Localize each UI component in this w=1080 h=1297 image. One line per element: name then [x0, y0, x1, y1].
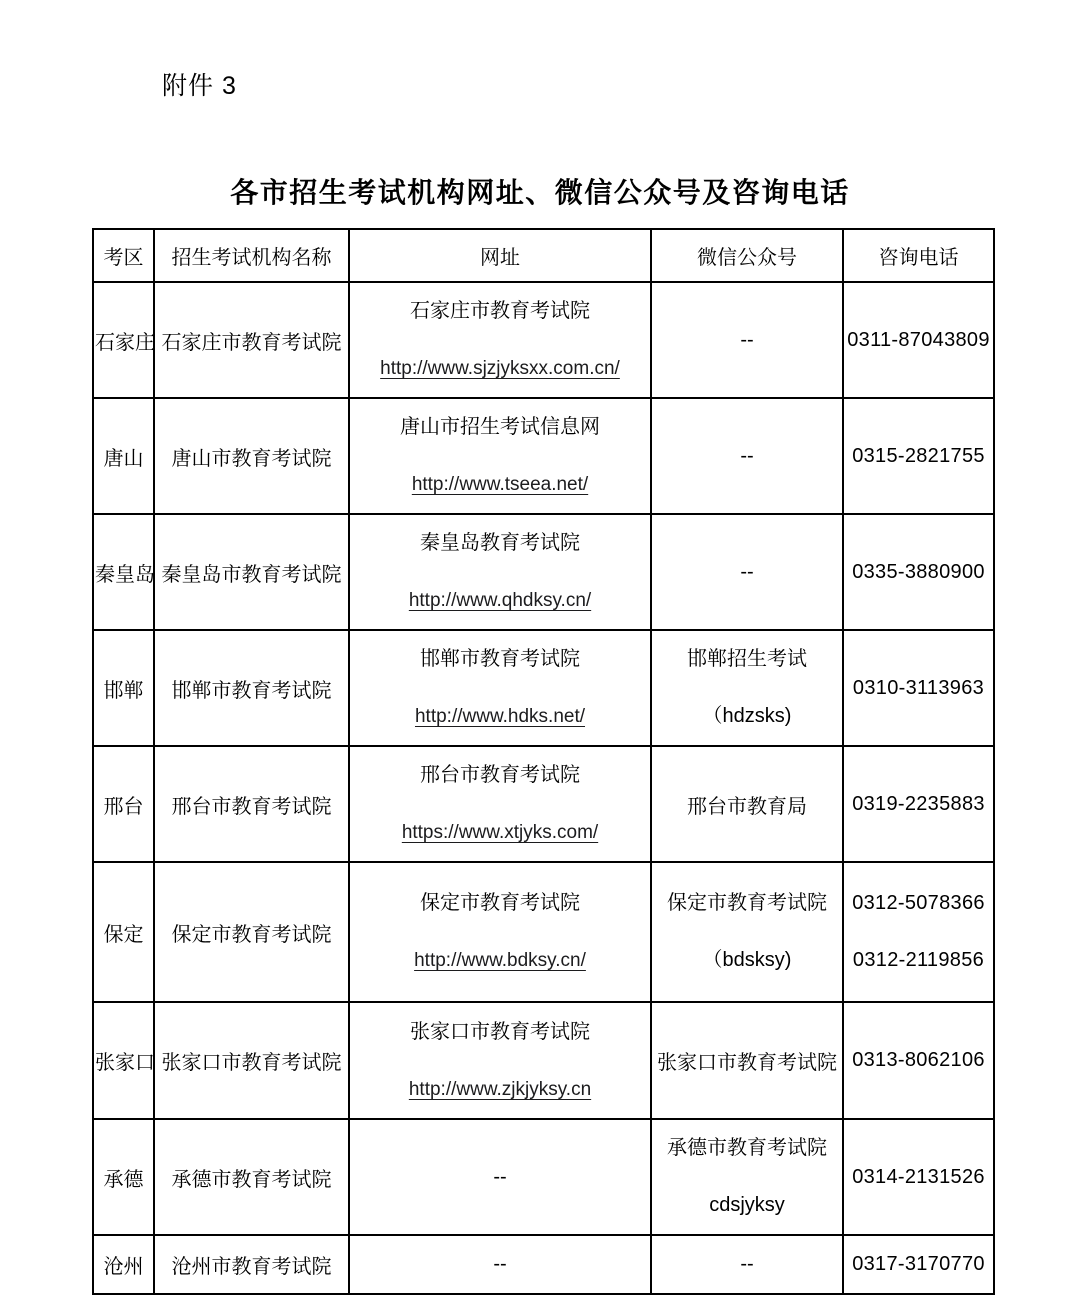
institution-cell: 石家庄市教育考试院 — [154, 282, 349, 398]
exam-area-cell: 张家口 — [93, 1002, 154, 1119]
website-name: 保定市教育考试院 — [351, 875, 649, 932]
column-header: 招生考试机构名称 — [154, 229, 349, 282]
institution-label: 邢台市教育考试院 — [156, 790, 347, 819]
exam-area-label: 唐山 — [95, 442, 152, 471]
website-link[interactable]: http://www.qhdksy.cn/ — [351, 572, 649, 629]
website-empty: -- — [351, 1166, 649, 1189]
wechat-cell: -- — [651, 1235, 843, 1294]
wechat-line: cdsjyksy — [653, 1177, 841, 1234]
institution-cell: 张家口市教育考试院 — [154, 1002, 349, 1119]
exam-area-cell: 邢台 — [93, 746, 154, 862]
exam-area-label: 保定 — [95, 918, 152, 947]
wechat-line: -- — [653, 445, 841, 468]
website-name: 秦皇岛教育考试院 — [351, 515, 649, 572]
wechat-line: -- — [653, 1253, 841, 1276]
institution-cell: 沧州市教育考试院 — [154, 1235, 349, 1294]
table-row: 保定保定市教育考试院保定市教育考试院http://www.bdksy.cn/保定… — [93, 862, 994, 1002]
table-row: 邯郸邯郸市教育考试院邯郸市教育考试院http://www.hdks.net/邯郸… — [93, 630, 994, 746]
website-cell: 邢台市教育考试院https://www.xtjyks.com/ — [349, 746, 651, 862]
wechat-line: 承德市教育考试院 — [653, 1120, 841, 1177]
phone-cell: 0319-2235883 — [843, 746, 994, 862]
institution-cell: 保定市教育考试院 — [154, 862, 349, 1002]
wechat-line: 邯郸招生考试 — [653, 631, 841, 688]
column-header: 微信公众号 — [651, 229, 843, 282]
website-link[interactable]: http://www.bdksy.cn/ — [351, 932, 649, 989]
phone-number: 0314-2131526 — [845, 1166, 992, 1189]
phone-number: 0335-3880900 — [845, 561, 992, 584]
phone-number: 0310-3113963 — [845, 677, 992, 700]
exam-area-cell: 秦皇岛 — [93, 514, 154, 630]
phone-number: 0311-87043809 — [845, 329, 992, 352]
website-name: 唐山市招生考试信息网 — [351, 399, 649, 456]
phone-number: 0317-3170770 — [845, 1253, 992, 1276]
wechat-line: 张家口市教育考试院 — [653, 1046, 841, 1075]
exam-area-label: 秦皇岛 — [95, 558, 152, 587]
institution-label: 承德市教育考试院 — [156, 1163, 347, 1192]
table-row: 沧州沧州市教育考试院----0317-3170770 — [93, 1235, 994, 1294]
phone-cell: 0311-87043809 — [843, 282, 994, 398]
website-cell: 秦皇岛教育考试院http://www.qhdksy.cn/ — [349, 514, 651, 630]
phone-cell: 0312-50783660312-2119856 — [843, 862, 994, 1002]
wechat-cell: -- — [651, 514, 843, 630]
exam-area-cell: 保定 — [93, 862, 154, 1002]
phone-cell: 0335-3880900 — [843, 514, 994, 630]
phone-cell: 0317-3170770 — [843, 1235, 994, 1294]
exam-area-label: 承德 — [95, 1163, 152, 1192]
table-body: 石家庄石家庄市教育考试院石家庄市教育考试院http://www.sjzjyksx… — [93, 282, 994, 1294]
wechat-cell: 承德市教育考试院cdsjyksy — [651, 1119, 843, 1235]
table-row: 秦皇岛秦皇岛市教育考试院秦皇岛教育考试院http://www.qhdksy.cn… — [93, 514, 994, 630]
website-cell: 保定市教育考试院http://www.bdksy.cn/ — [349, 862, 651, 1002]
website-empty: -- — [351, 1253, 649, 1276]
exam-area-label: 邢台 — [95, 790, 152, 819]
wechat-line: 保定市教育考试院 — [653, 875, 841, 932]
exam-area-cell: 石家庄 — [93, 282, 154, 398]
institution-label: 邯郸市教育考试院 — [156, 674, 347, 703]
website-cell: -- — [349, 1119, 651, 1235]
phone-cell: 0314-2131526 — [843, 1119, 994, 1235]
website-name: 邢台市教育考试院 — [351, 747, 649, 804]
wechat-line: 邢台市教育局 — [653, 790, 841, 819]
phone-number: 0313-8062106 — [845, 1049, 992, 1072]
website-cell: 唐山市招生考试信息网http://www.tseea.net/ — [349, 398, 651, 514]
website-name: 邯郸市教育考试院 — [351, 631, 649, 688]
wechat-line: -- — [653, 329, 841, 352]
website-link[interactable]: http://www.tseea.net/ — [351, 456, 649, 513]
institution-label: 石家庄市教育考试院 — [156, 326, 347, 355]
institution-cell: 承德市教育考试院 — [154, 1119, 349, 1235]
exam-area-label: 张家口 — [95, 1046, 152, 1075]
website-name: 张家口市教育考试院 — [351, 1004, 649, 1061]
exam-area-cell: 邯郸 — [93, 630, 154, 746]
exam-area-label: 石家庄 — [95, 326, 152, 355]
wechat-cell: -- — [651, 398, 843, 514]
phone-number: 0319-2235883 — [845, 793, 992, 816]
attachment-label: 附件 3 — [162, 0, 1080, 102]
institution-label: 保定市教育考试院 — [156, 918, 347, 947]
institution-label: 唐山市教育考试院 — [156, 442, 347, 471]
website-cell: 石家庄市教育考试院http://www.sjzjyksxx.com.cn/ — [349, 282, 651, 398]
phone-number: 0312-2119856 — [845, 932, 992, 989]
exam-area-cell: 沧州 — [93, 1235, 154, 1294]
wechat-line: （hdzsks) — [653, 688, 841, 745]
table-row: 邢台邢台市教育考试院邢台市教育考试院https://www.xtjyks.com… — [93, 746, 994, 862]
website-cell: -- — [349, 1235, 651, 1294]
wechat-line: -- — [653, 561, 841, 584]
page-title: 各市招生考试机构网址、微信公众号及咨询电话 — [0, 175, 1080, 211]
exam-area-cell: 唐山 — [93, 398, 154, 514]
wechat-cell: -- — [651, 282, 843, 398]
phone-number: 0312-5078366 — [845, 875, 992, 932]
website-cell: 邯郸市教育考试院http://www.hdks.net/ — [349, 630, 651, 746]
phone-cell: 0310-3113963 — [843, 630, 994, 746]
phone-cell: 0313-8062106 — [843, 1002, 994, 1119]
wechat-cell: 保定市教育考试院（bdsksy) — [651, 862, 843, 1002]
institution-cell: 唐山市教育考试院 — [154, 398, 349, 514]
column-header: 网址 — [349, 229, 651, 282]
wechat-line: （bdsksy) — [653, 932, 841, 989]
exam-area-label: 沧州 — [95, 1250, 152, 1279]
institution-label: 沧州市教育考试院 — [156, 1250, 347, 1279]
table-row: 张家口张家口市教育考试院张家口市教育考试院http://www.zjkjyksy… — [93, 1002, 994, 1119]
table-row: 石家庄石家庄市教育考试院石家庄市教育考试院http://www.sjzjyksx… — [93, 282, 994, 398]
wechat-cell: 邢台市教育局 — [651, 746, 843, 862]
table-row: 承德承德市教育考试院--承德市教育考试院cdsjyksy0314-2131526 — [93, 1119, 994, 1235]
institution-cell: 邢台市教育考试院 — [154, 746, 349, 862]
table-header-row: 考区招生考试机构名称网址微信公众号咨询电话 — [93, 229, 994, 282]
column-header: 咨询电话 — [843, 229, 994, 282]
wechat-cell: 邯郸招生考试（hdzsks) — [651, 630, 843, 746]
exam-area-cell: 承德 — [93, 1119, 154, 1235]
website-link[interactable]: https://www.xtjyks.com/ — [351, 804, 649, 861]
institution-label: 张家口市教育考试院 — [156, 1046, 347, 1075]
phone-number: 0315-2821755 — [845, 445, 992, 468]
institution-label: 秦皇岛市教育考试院 — [156, 558, 347, 587]
website-name: 石家庄市教育考试院 — [351, 283, 649, 340]
document-page: 附件 3 各市招生考试机构网址、微信公众号及咨询电话 考区招生考试机构名称网址微… — [0, 0, 1080, 1297]
exam-area-label: 邯郸 — [95, 674, 152, 703]
website-link[interactable]: http://www.sjzjyksxx.com.cn/ — [351, 340, 649, 397]
institution-cell: 邯郸市教育考试院 — [154, 630, 349, 746]
website-link[interactable]: http://www.hdks.net/ — [351, 688, 649, 745]
website-cell: 张家口市教育考试院http://www.zjkjyksy.cn — [349, 1002, 651, 1119]
column-header: 考区 — [93, 229, 154, 282]
institutions-table: 考区招生考试机构名称网址微信公众号咨询电话 石家庄石家庄市教育考试院石家庄市教育… — [92, 228, 995, 1295]
institution-cell: 秦皇岛市教育考试院 — [154, 514, 349, 630]
table-row: 唐山唐山市教育考试院唐山市招生考试信息网http://www.tseea.net… — [93, 398, 994, 514]
website-link[interactable]: http://www.zjkjyksy.cn — [351, 1061, 649, 1118]
phone-cell: 0315-2821755 — [843, 398, 994, 514]
wechat-cell: 张家口市教育考试院 — [651, 1002, 843, 1119]
